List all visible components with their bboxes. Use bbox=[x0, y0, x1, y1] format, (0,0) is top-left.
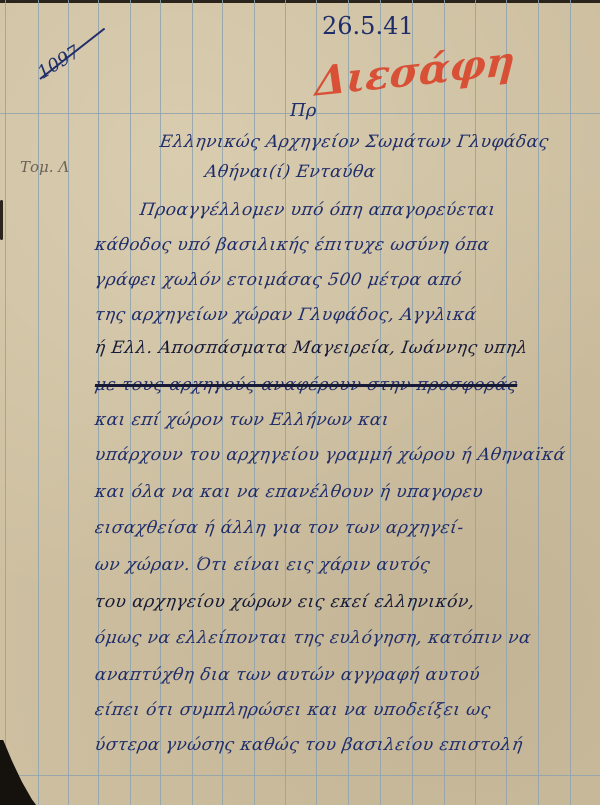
torn-corner bbox=[0, 740, 40, 805]
addressee-line-1: Ελληνικώς Αρχηγείον Σωμάτων Γλυφάδας bbox=[159, 132, 551, 152]
body-line: αναπτύχθη δια των αυτών αγγραφή αυτού bbox=[94, 665, 482, 685]
body-line: του αρχηγείου χώρων εις εκεί ελληνικόν, bbox=[94, 592, 476, 612]
body-line: της αρχηγείων χώραν Γλυφάδος, Αγγλικά bbox=[94, 305, 478, 325]
grid-line-vertical bbox=[5, 0, 6, 805]
grid-line-vertical bbox=[506, 0, 507, 805]
grid-line-vertical bbox=[538, 0, 539, 805]
scan-top-edge bbox=[0, 0, 600, 3]
body-line: γράφει χωλόν ετοιμάσας 500 μέτρα από bbox=[94, 270, 464, 290]
grid-line-vertical bbox=[570, 0, 571, 805]
body-line: εισαχθείσα ή άλλη για τον των αρχηγεί- bbox=[94, 518, 465, 538]
heading-mark: Πρ bbox=[290, 100, 316, 121]
body-line: ή Ελλ. Αποσπάσματα Μαγειρεία, Ιωάννης υπ… bbox=[94, 338, 530, 358]
body-line: είπει ότι συμπληρώσει και να υποδείξει ω… bbox=[94, 700, 493, 720]
scan-left-edge bbox=[0, 200, 3, 240]
letter-date: 26.5.41 bbox=[322, 12, 414, 40]
scanned-letter-page: 1097 Τομ. Λ 26.5.41 Διεσάφη Πρ Ελληνικώς… bbox=[0, 0, 600, 805]
body-line-partially-struck: και επί χώρον των Ελλήνων και bbox=[94, 410, 391, 430]
body-line: κάθοδος υπό βασιλικής έπιτυχε ωσύνη όπα bbox=[94, 235, 491, 255]
body-line-struck: με τους αρχηγούς αναφέρουν στην προσφορά… bbox=[94, 375, 519, 395]
body-line: όμως να ελλείπονται της ευλόγηση, κατόπι… bbox=[94, 628, 533, 648]
red-pencil-annotation: Διεσάφη bbox=[314, 37, 516, 106]
body-line: ύστερα γνώσης καθώς του βασιλείου επιστο… bbox=[94, 735, 525, 755]
margin-side-note: Τομ. Λ bbox=[20, 158, 69, 176]
body-line: ων χώραν. Ότι είναι εις χάριν αυτός bbox=[94, 555, 432, 575]
margin-slash-mark bbox=[39, 28, 105, 80]
grid-line-vertical bbox=[68, 0, 69, 805]
grid-line-horizontal bbox=[0, 775, 600, 776]
body-line: Προαγγέλλομεν υπό όπη απαγορεύεται bbox=[139, 200, 497, 220]
addressee-line-2: Αθήναι(ί) Ενταύθα bbox=[204, 162, 378, 182]
body-line: και όλα να και να επανέλθουν ή υπαγορευ bbox=[94, 482, 485, 502]
grid-line-vertical bbox=[38, 0, 39, 805]
body-line: υπάρχουν του αρχηγείου γραμμή χώρου ή Αθ… bbox=[94, 445, 568, 465]
